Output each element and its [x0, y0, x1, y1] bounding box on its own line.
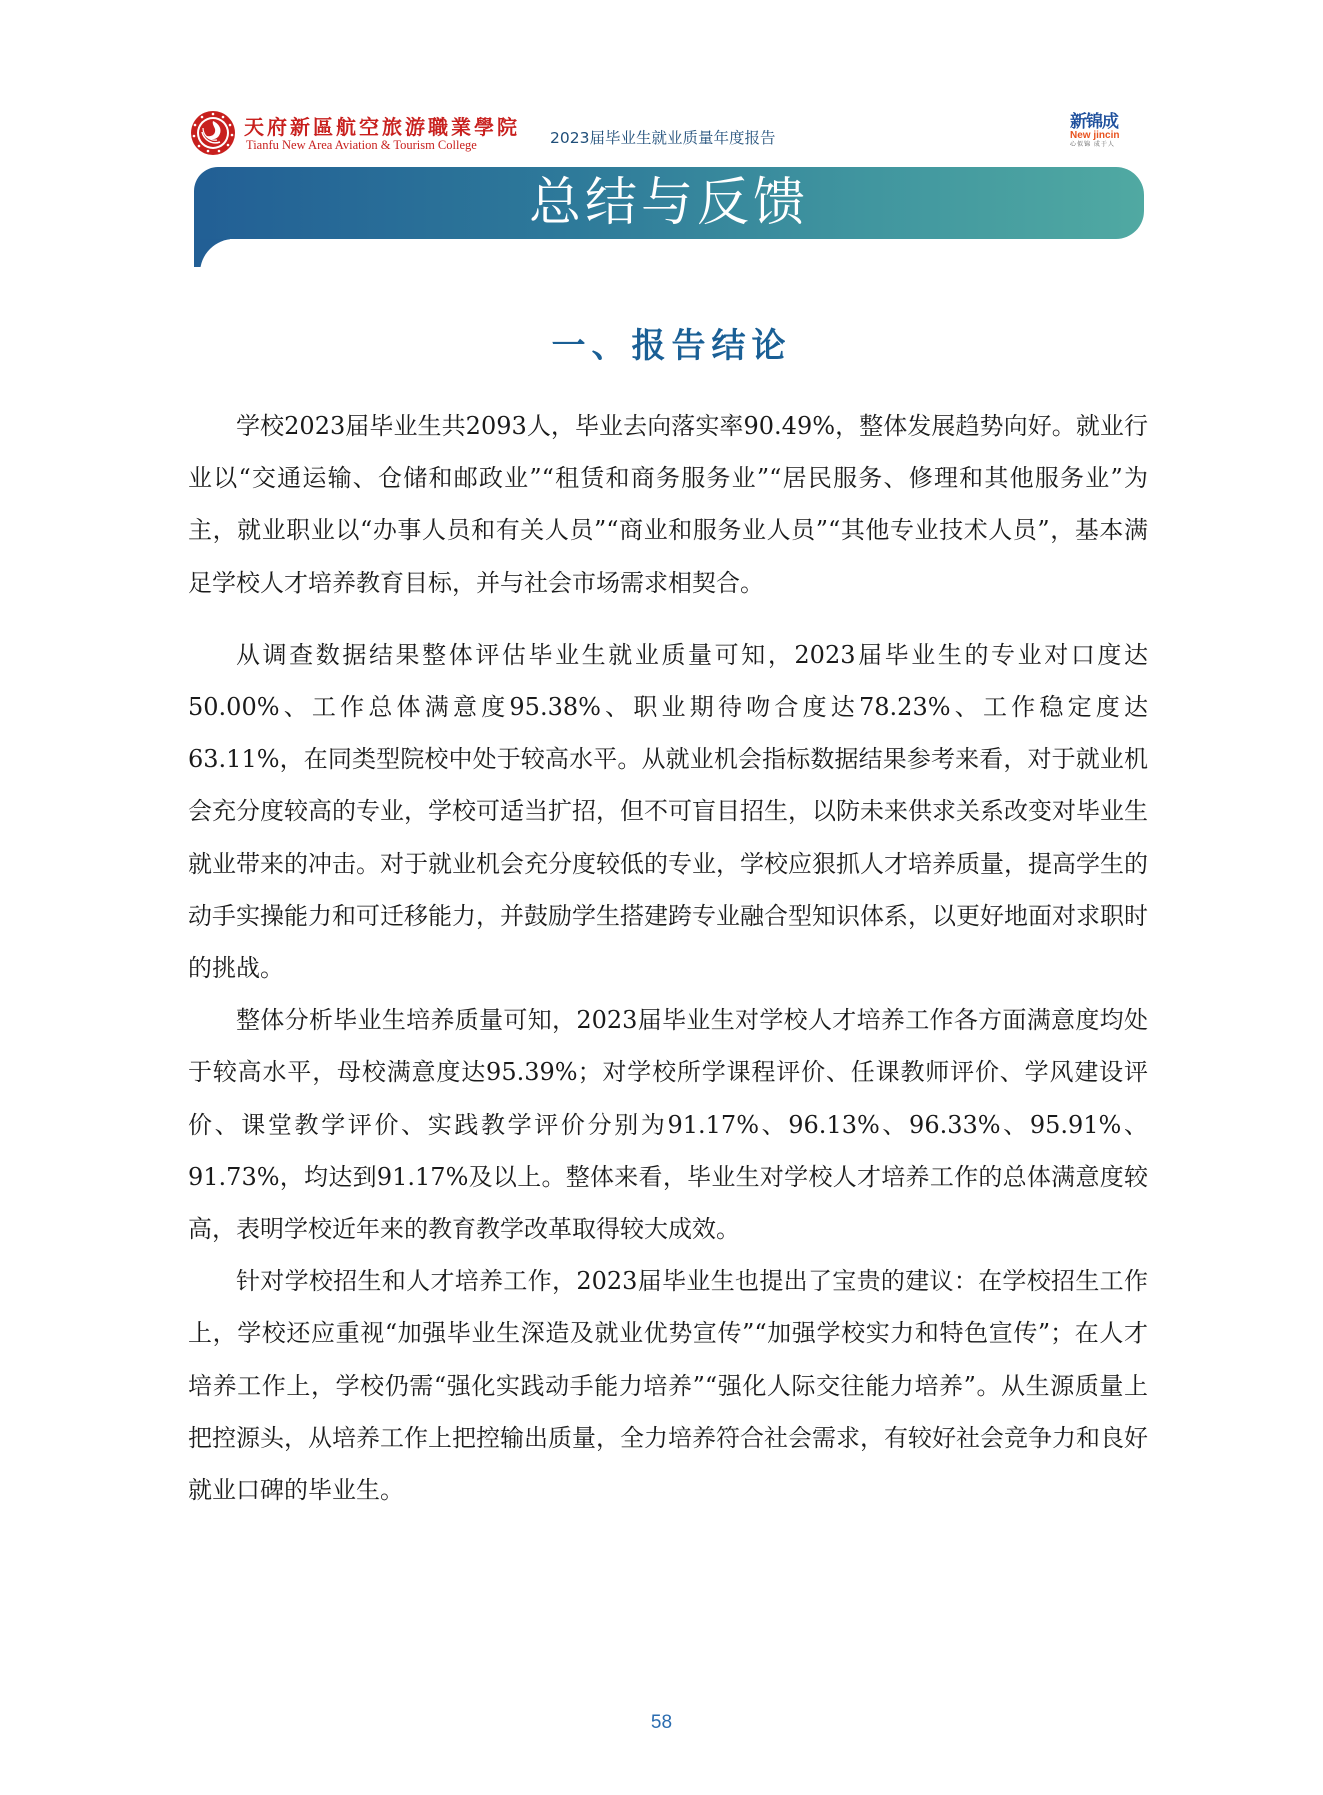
report-title: 2023届毕业生就业质量年度报告 — [550, 126, 775, 148]
page-number: 58 — [0, 1712, 1323, 1734]
paragraph-employment-quality: 从调查数据结果整体评估毕业生就业质量可知，2023届毕业生的专业对口度达50.0… — [188, 629, 1148, 994]
chapter-title: 总结与反馈 — [194, 167, 1144, 239]
paragraph-summary: 学校2023届毕业生共2093人，毕业去向落实率90.49%，整体发展趋势向好。… — [188, 400, 1148, 609]
section-heading: 一、报告结论 — [0, 318, 1323, 367]
brand-name-english: New jincin — [1070, 131, 1150, 141]
school-emblem-icon — [190, 110, 236, 156]
paragraph-suggestions: 针对学校招生和人才培养工作，2023届毕业生也提出了宝贵的建议：在学校招生工作上… — [188, 1255, 1148, 1516]
page-header: 天府新區航空旅游職業學院 Tianfu New Area Aviation & … — [0, 0, 1323, 160]
banner-tail-curve — [200, 239, 260, 299]
body-content: 学校2023届毕业生共2093人，毕业去向落实率90.49%，整体发展趋势向好。… — [188, 400, 1148, 1516]
brand-name-chinese: 新锦成 — [1070, 113, 1150, 131]
school-name-chinese: 天府新區航空旅游職業學院 — [244, 111, 520, 140]
brand-slogan: 心似锦 成于人 — [1070, 141, 1150, 149]
brand-logo: 新锦成 New jincin 心似锦 成于人 — [1070, 113, 1150, 149]
paragraph-training-quality: 整体分析毕业生培养质量可知，2023届毕业生对学校人才培养工作各方面满意度均处于… — [188, 994, 1148, 1255]
school-name-english: Tianfu New Area Aviation & Tourism Colle… — [246, 138, 477, 153]
chapter-banner: 总结与反馈 — [194, 167, 1144, 267]
